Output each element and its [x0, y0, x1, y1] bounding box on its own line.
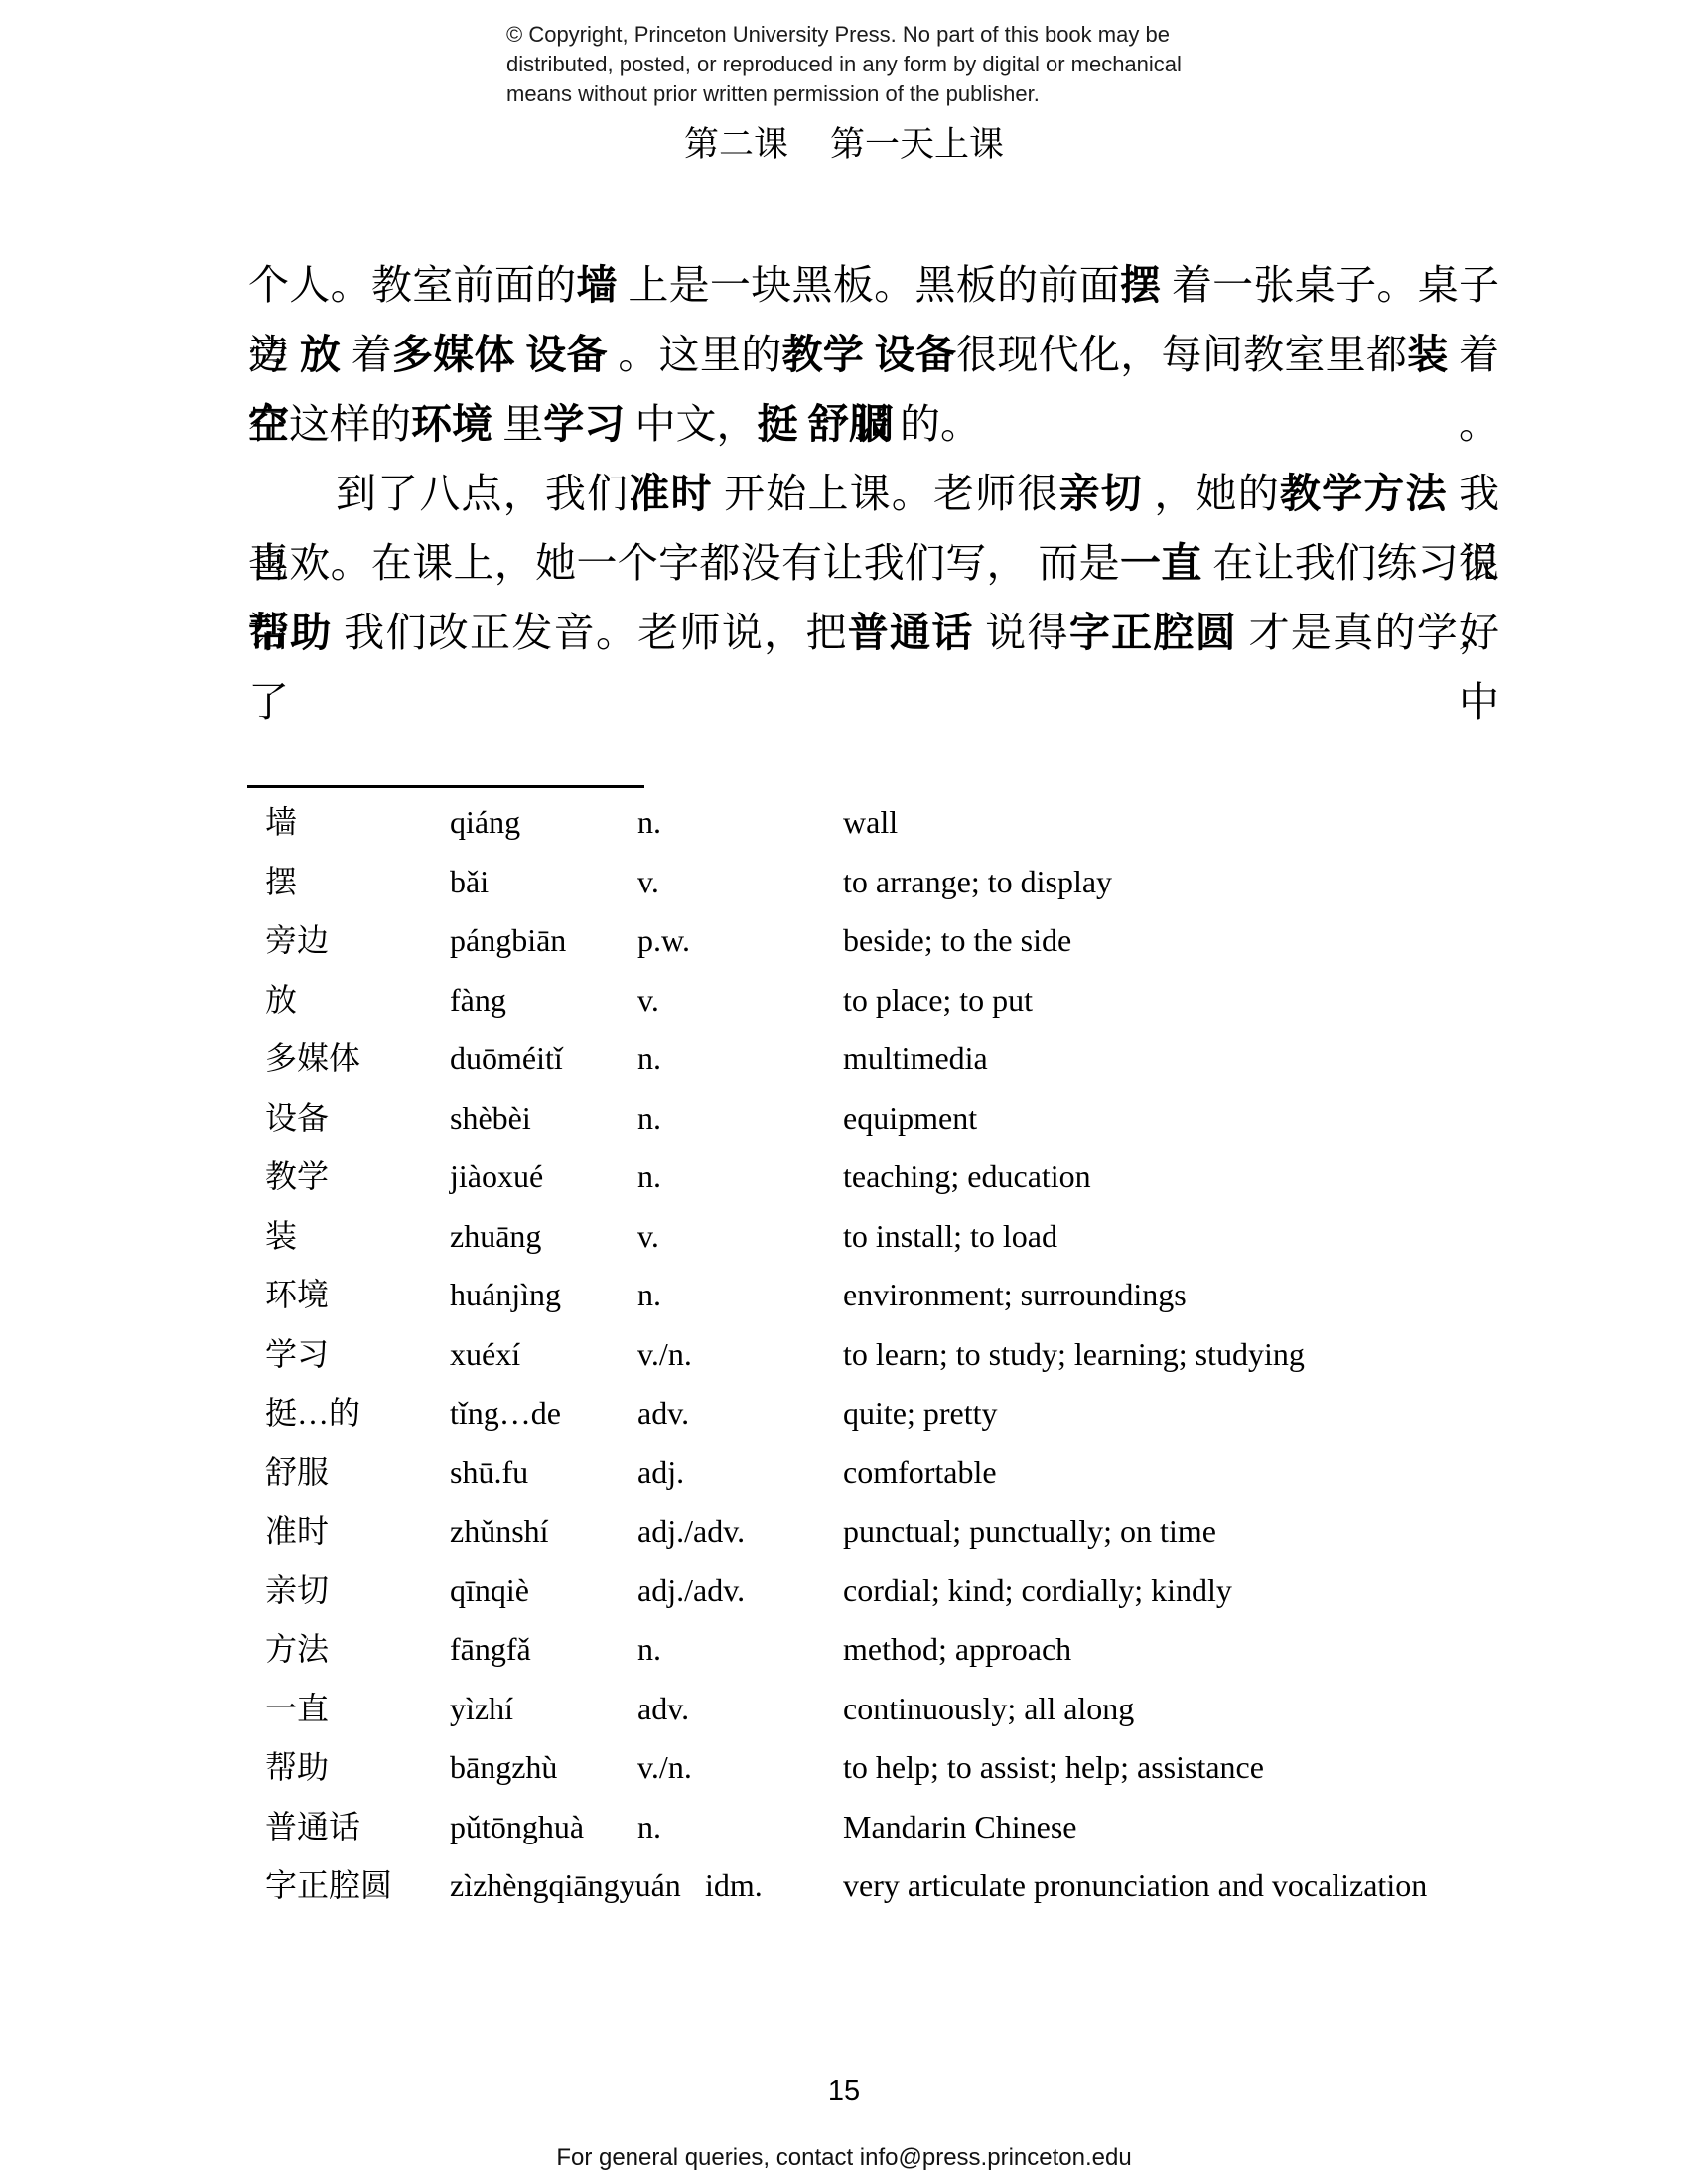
vocab-pinyin: duōméitǐ [450, 1029, 563, 1089]
vocab-part-of-speech: n. [637, 1029, 661, 1089]
vocab-row: 多媒体duōméitǐn.multimedia [265, 1029, 1616, 1089]
text-run: 喜欢。在课上，她一个字都没有让我们写， 而是 [248, 540, 1120, 586]
vocab-part-of-speech: n. [637, 1148, 661, 1207]
text-run: 我们改正发音。老师说，把 [333, 610, 848, 655]
vocab-hanzi: 放 [265, 971, 297, 1030]
vocab-gloss: equipment [843, 1089, 977, 1149]
vocab-gloss: comfortable [843, 1443, 997, 1503]
vocab-row: 准时zhǔnshíadj./adv.punctual; punctually; … [265, 1502, 1616, 1562]
text-run: 。 [1459, 401, 1499, 447]
vocab-gloss: beside; to the side [843, 911, 1071, 971]
footnote-rule [247, 785, 644, 788]
vocab-row: 普通话pǔtōnghuàn.Mandarin Chinese [265, 1798, 1616, 1857]
vocab-hanzi: 字正腔圆 [265, 1856, 392, 1916]
vocab-pinyin: qiáng [450, 793, 520, 853]
vocab-hanzi: 装 [265, 1207, 297, 1267]
vocab-part-of-speech: adv. [637, 1680, 689, 1739]
vocab-part-of-speech: n. [637, 793, 661, 853]
text-run: 的。 [890, 401, 981, 447]
vocab-gloss: very articulate pronunciation and vocali… [843, 1856, 1427, 1916]
vocab-part-of-speech: v. [637, 971, 659, 1030]
vocab-gloss: to install; to load [843, 1207, 1057, 1267]
vocab-part-of-speech: v. [637, 853, 659, 912]
vocab-word-bold: 教学方法 [1280, 471, 1448, 516]
chapter-title: 第二课 第一天上课 [0, 123, 1688, 167]
vocab-row: 放fàngv.to place; to put [265, 971, 1616, 1030]
vocab-hanzi: 普通话 [265, 1798, 360, 1857]
vocab-hanzi: 帮助 [265, 1738, 329, 1798]
vocab-gloss: to learn; to study; learning; studying [843, 1325, 1305, 1385]
text-run: 很现代化，每间教室里都 [956, 332, 1407, 377]
vocab-word-bold: 准时 [629, 471, 712, 516]
paragraph-line: 到了八点，我们准时 开始上课。老师很亲切 ，她的教学方法 我也很 [248, 459, 1499, 528]
text-run [515, 332, 526, 377]
vocab-gloss: continuously; all along [843, 1680, 1134, 1739]
text-run: 到了八点，我们 [336, 471, 629, 516]
vocab-pinyin: zìzhèngqiāngyuán [450, 1856, 681, 1916]
copyright-line: © Copyright, Princeton University Press.… [506, 20, 1182, 50]
vocab-pinyin: yìzhí [450, 1680, 513, 1739]
paragraph-line: 个人。教室前面的墙 上是一块黑板。黑板的前面摆 着一张桌子。桌子旁 [248, 250, 1499, 320]
vocab-word-bold: 字正腔圆 [1069, 610, 1237, 655]
vocab-word-bold: 墙 [576, 262, 617, 308]
vocab-row: 教学jiàoxuén.teaching; education [265, 1148, 1616, 1207]
vocab-word-bold: 舒服 [808, 401, 890, 447]
vocab-word-bold: 设备 [875, 332, 957, 377]
vocab-part-of-speech: n. [637, 1089, 661, 1149]
text-run: 边 [248, 332, 300, 377]
vocab-pinyin: pángbiān [450, 911, 566, 971]
vocab-word-bold: 放 [300, 332, 341, 377]
vocab-hanzi: 方法 [265, 1620, 329, 1680]
vocab-hanzi: 舒服 [265, 1443, 329, 1503]
paragraph-line: 边 放 着多媒体 设备 。这里的教学 设备很现代化，每间教室里都装 着空调。 [248, 320, 1499, 389]
vocab-part-of-speech: v. [637, 1207, 659, 1267]
text-run [798, 401, 808, 447]
vocab-pinyin: shū.fu [450, 1443, 528, 1503]
vocab-hanzi: 亲切 [265, 1562, 329, 1621]
vocab-hanzi: 墙 [265, 793, 297, 853]
vocab-pinyin: zhuāng [450, 1207, 541, 1267]
vocab-row: 环境huánjìngn.environment; surroundings [265, 1266, 1616, 1325]
vocab-row: 一直yìzhíadv.continuously; all along [265, 1680, 1616, 1739]
vocab-hanzi: 旁边 [265, 911, 329, 971]
vocab-part-of-speech: adj./adv. [637, 1502, 745, 1562]
vocab-pinyin: tǐng…de [450, 1384, 561, 1443]
vocab-part-of-speech: idm. [705, 1856, 763, 1916]
vocab-hanzi: 一直 [265, 1680, 329, 1739]
vocab-row: 亲切qīnqièadj./adv.cordial; kind; cordiall… [265, 1562, 1616, 1621]
vocab-gloss: to help; to assist; help; assistance [843, 1738, 1264, 1798]
vocab-part-of-speech: adj. [637, 1443, 684, 1503]
vocab-row: 墙qiángn.wall [265, 793, 1616, 853]
vocab-word-bold: 挺 [758, 401, 798, 447]
vocab-gloss: punctual; punctually; on time [843, 1502, 1216, 1562]
vocab-pinyin: pǔtōnghuà [450, 1798, 584, 1857]
vocab-word-bold: 摆 [1120, 262, 1161, 308]
vocab-hanzi: 挺…的 [265, 1384, 360, 1443]
paragraph-line: 帮助 我们改正发音。老师说，把普通话 说得字正腔圆 才是真的学好了中 [248, 598, 1499, 667]
vocab-pinyin: bǎi [450, 853, 489, 912]
vocab-pinyin: qīnqiè [450, 1562, 529, 1621]
vocab-hanzi: 学习 [265, 1325, 329, 1385]
vocab-row: 旁边pángbiānp.w.beside; to the side [265, 911, 1616, 971]
vocab-word-bold: 教学 [782, 332, 865, 377]
text-run: 着 [1449, 332, 1500, 377]
vocab-word-bold: 装 [1407, 332, 1448, 377]
vocab-pinyin: fàng [450, 971, 506, 1030]
vocab-row: 挺…的tǐng…deadv.quite; pretty [265, 1384, 1616, 1443]
text-run: 开始上课。老师很 [713, 471, 1059, 516]
vocab-hanzi: 教学 [265, 1148, 329, 1207]
vocab-word-bold: 多媒体 [392, 332, 515, 377]
vocab-row: 帮助bāngzhùv./n.to help; to assist; help; … [265, 1738, 1616, 1798]
vocab-gloss: method; approach [843, 1620, 1071, 1680]
vocab-pinyin: jiàoxué [450, 1148, 543, 1207]
vocab-gloss: quite; pretty [843, 1384, 998, 1443]
vocab-row: 摆bǎiv.to arrange; to display [265, 853, 1616, 912]
vocab-row: 舒服shū.fuadj.comfortable [265, 1443, 1616, 1503]
vocab-gloss: multimedia [843, 1029, 988, 1089]
vocab-gloss: to arrange; to display [843, 853, 1112, 912]
vocab-word-bold: 设备 [525, 332, 608, 377]
vocab-pinyin: shèbèi [450, 1089, 531, 1149]
text-run [864, 332, 875, 377]
vocab-hanzi: 设备 [265, 1089, 329, 1149]
textbook-page: © Copyright, Princeton University Press.… [0, 0, 1688, 2184]
vocab-part-of-speech: n. [637, 1798, 661, 1857]
vocabulary-list: 墙qiángn.wall摆bǎiv.to arrange; to display… [265, 793, 1616, 1916]
vocab-part-of-speech: n. [637, 1266, 661, 1325]
vocab-row: 方法fāngfǎn.method; approach [265, 1620, 1616, 1680]
vocab-row: 字正腔圆zìzhèngqiāngyuánidm.very articulate … [265, 1856, 1616, 1916]
vocab-word-bold: 帮助 [248, 610, 333, 655]
vocab-part-of-speech: adj./adv. [637, 1562, 745, 1621]
vocab-pinyin: zhǔnshí [450, 1502, 549, 1562]
vocab-row: 设备shèbèin.equipment [265, 1089, 1616, 1149]
vocab-gloss: to place; to put [843, 971, 1033, 1030]
vocab-hanzi: 环境 [265, 1266, 329, 1325]
chapter-number: 第二课 [684, 123, 788, 167]
body-text: 个人。教室前面的墙 上是一块黑板。黑板的前面摆 着一张桌子。桌子旁边 放 着多媒… [248, 250, 1499, 667]
vocab-row: 学习xuéxív./n.to learn; to study; learning… [265, 1325, 1616, 1385]
vocab-gloss: Mandarin Chinese [843, 1798, 1077, 1857]
vocab-gloss: cordial; kind; cordially; kindly [843, 1562, 1232, 1621]
copyright-notice: © Copyright, Princeton University Press.… [506, 20, 1182, 109]
page-number: 15 [0, 2075, 1688, 2108]
text-run: 说得 [974, 610, 1069, 655]
vocab-pinyin: huánjìng [450, 1266, 561, 1325]
text-run: 个人。教室前面的 [248, 262, 576, 308]
text-run: 中文， [625, 401, 757, 447]
vocab-part-of-speech: p.w. [637, 911, 690, 971]
chapter-name: 第一天上课 [830, 123, 1004, 167]
copyright-line: distributed, posted, or reproduced in an… [506, 50, 1182, 79]
vocab-word-bold: 学习 [543, 401, 625, 447]
text-run: 上是一块黑板。黑板的前面 [618, 262, 1120, 308]
vocab-part-of-speech: v./n. [637, 1738, 692, 1798]
paragraph-line: 喜欢。在课上，她一个字都没有让我们写， 而是一直 在让我们练习说话， [248, 528, 1499, 598]
vocab-hanzi: 准时 [265, 1502, 329, 1562]
vocab-gloss: wall [843, 793, 898, 853]
text-run: 在这样的 [248, 401, 411, 447]
vocab-gloss: environment; surroundings [843, 1266, 1187, 1325]
text-run: 里 [492, 401, 543, 447]
vocab-word-bold: 亲切 [1059, 471, 1143, 516]
vocab-pinyin: fāngfǎ [450, 1620, 531, 1680]
vocab-gloss: teaching; education [843, 1148, 1091, 1207]
vocab-part-of-speech: n. [637, 1620, 661, 1680]
vocab-pinyin: bāngzhù [450, 1738, 557, 1798]
vocab-pinyin: xuéxí [450, 1325, 520, 1385]
text-run: 。这里的 [608, 332, 782, 377]
text-run: ，她的 [1143, 471, 1280, 516]
copyright-line: means without prior written permission o… [506, 79, 1182, 109]
vocab-row: 装zhuāngv.to install; to load [265, 1207, 1616, 1267]
vocab-hanzi: 多媒体 [265, 1029, 360, 1089]
vocab-word-bold: 一直 [1120, 540, 1202, 586]
vocab-part-of-speech: v./n. [637, 1325, 692, 1385]
vocab-part-of-speech: adv. [637, 1384, 689, 1443]
footer-contact: For general queries, contact info@press.… [0, 2144, 1688, 2172]
text-run: 着 [341, 332, 392, 377]
vocab-word-bold: 环境 [411, 401, 492, 447]
vocab-hanzi: 摆 [265, 853, 297, 912]
vocab-word-bold: 普通话 [848, 610, 974, 655]
